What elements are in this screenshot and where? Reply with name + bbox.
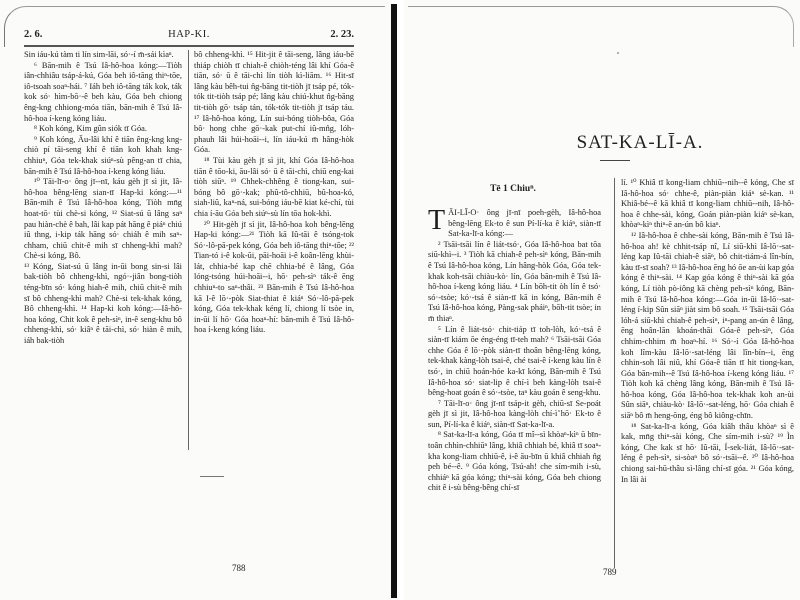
paragraph: ¹⁸ Sat-ka-lī-a kóng, Góa kiâh thâu khòaⁿ… <box>621 422 794 486</box>
paragraph: ² Tsāi-tsāi lín ê liát-tsó·, Góa Iâ-hô-h… <box>428 240 601 325</box>
paragraph: ⁸ Koh kóng, Kim gûn siók tī Góa. <box>24 124 182 135</box>
left-page: 2. 6. HAP-KI. 2. 23. Sin iáu-kú tàm ti l… <box>0 0 392 600</box>
paragraph: ¹⁸ Tùi kàu gèh jī sì jit, khí Góa Iâ-hô-… <box>194 156 354 220</box>
paragraph: ¹⁰ Tāi-lī-o· ông jī--nī, káu gèh jī sì j… <box>24 177 182 262</box>
chapter-heading: Tē 1 Chiuⁿ. <box>428 184 598 194</box>
chapter-verse-end: 2. 23. <box>330 29 354 40</box>
column-divider <box>188 50 189 450</box>
text-column-right-1: TĀI-LĪ-O· ông jī-nī poeh-gèh, Iâ-hô-hoa … <box>428 208 601 494</box>
page-number: 788 <box>232 563 246 573</box>
header-rule <box>24 45 354 47</box>
paragraph: ²⁰ Hit-gèh jī sì jit, Iâ-hô-hoa koh bêng… <box>194 220 354 337</box>
scan-speck <box>558 410 560 412</box>
end-ornament <box>200 476 224 477</box>
scan-speck <box>617 52 619 54</box>
paragraph: ⁸ Sat-ka-lī-a kóng, Góa tī mî--sì khòaⁿ-… <box>428 430 601 494</box>
opening-smallcaps: ĀI-LĪ-O· <box>448 208 479 217</box>
paragraph: ⁹ Koh kóng, Āu-lâi khí ê tiān êng-kng kn… <box>24 135 182 177</box>
paragraph: Sin iáu-kú tàm ti lín sim-lāi, só·-í m̄-… <box>24 50 182 61</box>
opening-paragraph: TĀI-LĪ-O· ông jī-nī poeh-gèh, Iâ-hô-hoa … <box>428 208 601 240</box>
text-column-left-1: Sin iáu-kú tàm ti lín sim-lāi, só·-í m̄-… <box>24 50 182 347</box>
paragraph: ¹² Iâ-hô-hoa ê chhe-sài kóng, Bān-mih ê … <box>621 231 794 422</box>
book-name-header: HAP-KI. <box>24 29 354 40</box>
title-rule <box>600 160 630 161</box>
paragraph: ¹³ Kóng, Siat-sú ū lâng in-ūi bong sin-s… <box>24 262 182 347</box>
drop-cap: T <box>428 210 445 232</box>
paragraph: ⁷ Tāi-lī-o· ông jī-nī tsáp-it gèh, chiū-… <box>428 399 601 431</box>
book-gutter <box>391 4 397 598</box>
column-divider <box>614 178 615 568</box>
paragraph: ⁶ Bān-mih ê Tsú Iâ-hô-hoa kóng:—Tiòh iân… <box>24 61 182 125</box>
paragraph: ⁵ Lín ê liát-tsó· chit-tiáp tī toh-lòh, … <box>428 325 601 399</box>
page-number: 789 <box>603 567 617 577</box>
page-edge <box>408 6 794 47</box>
paragraph: bô chheng-khì. ¹⁵ Hit-jit ê tāi-seng, lâ… <box>194 50 354 156</box>
text-column-right-2: lí. ¹⁰ Khiâ tī kong-liam chhiū--nih--ê k… <box>621 178 794 485</box>
book-title: SAT-KA-LĪ-A. <box>520 132 760 154</box>
text-column-left-2: bô chheng-khì. ¹⁵ Hit-jit ê tāi-seng, lâ… <box>194 50 354 336</box>
paragraph: lí. ¹⁰ Khiâ tī kong-liam chhiū--nih--ê k… <box>621 178 794 231</box>
running-head: 2. 6. HAP-KI. 2. 23. <box>24 29 354 45</box>
